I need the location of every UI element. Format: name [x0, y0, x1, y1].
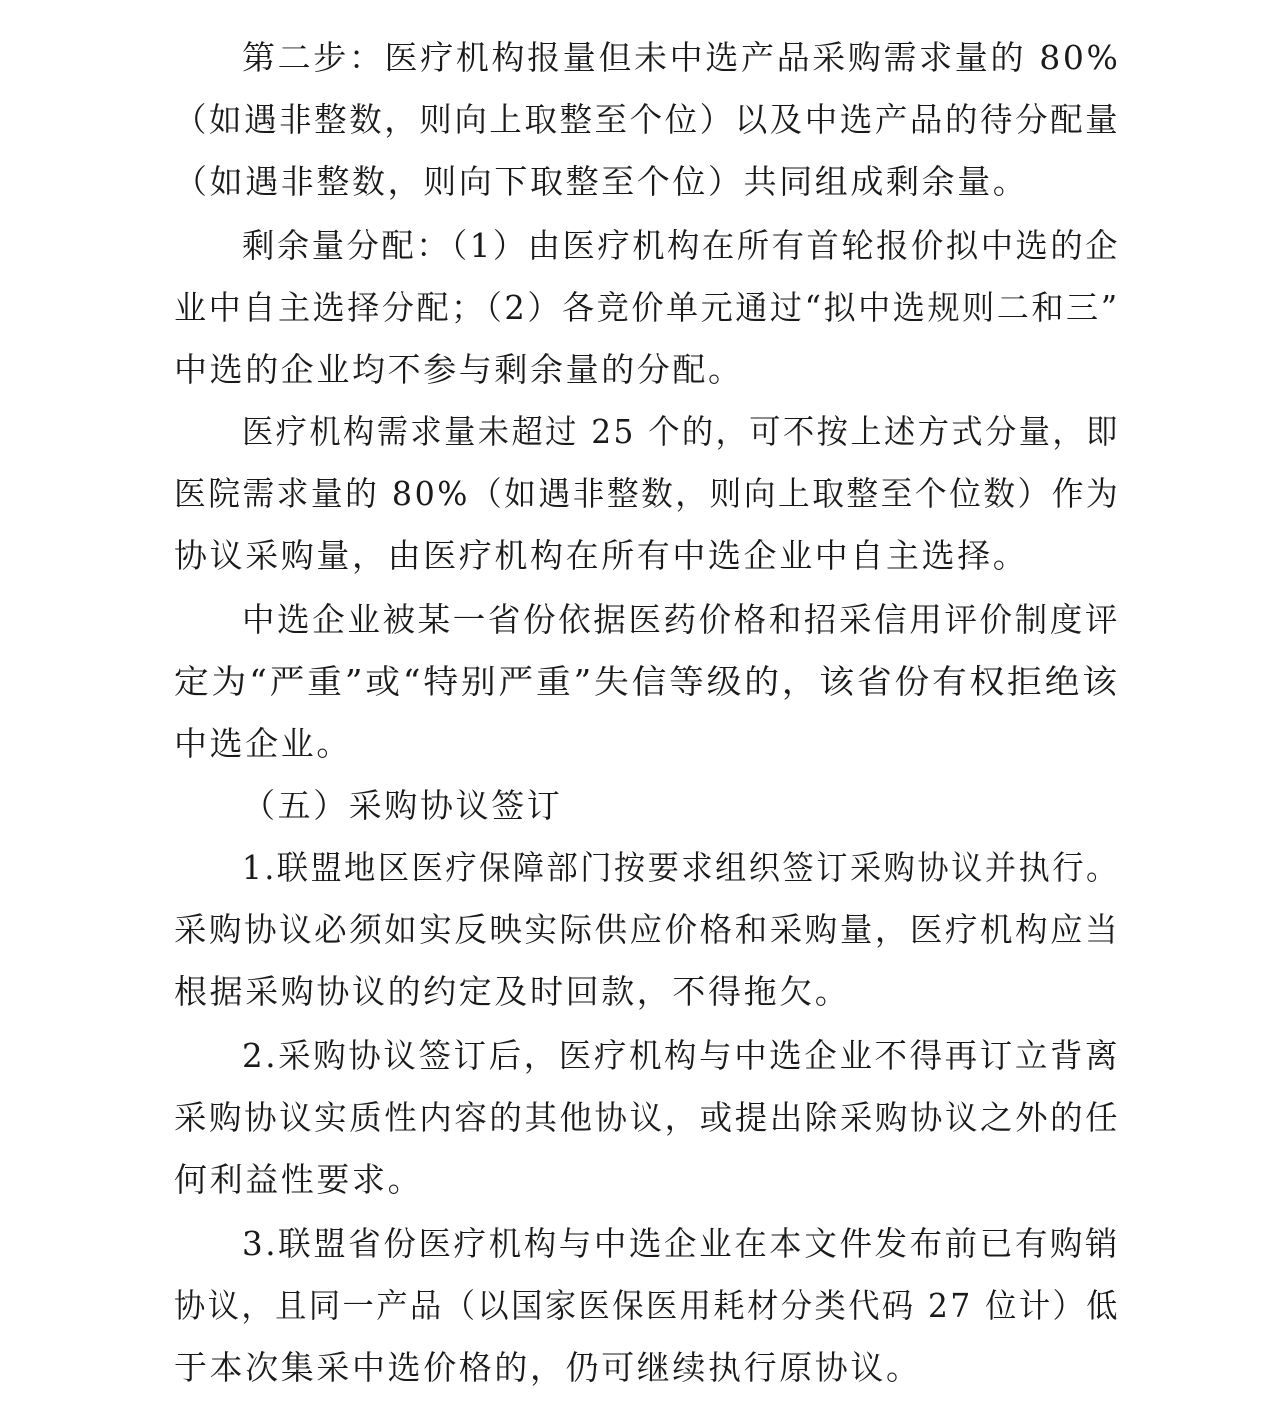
text-line: 根据采购协议的约定及时回款，不得拖欠。 — [174, 972, 850, 1012]
text-line: 采购协议必须如实反映实际供应价格和采购量，医疗机构应当 — [174, 910, 1120, 950]
text-line: 2.采购协议签订后，医疗机构与中选企业不得再订立背离 — [242, 1036, 1120, 1076]
text-line: 中选企业。 — [174, 724, 352, 764]
text-line: 于本次集采中选价格的，仍可继续执行原协议。 — [174, 1348, 922, 1388]
text-line: 3.联盟省份医疗机构与中选企业在本文件发布前已有购销 — [242, 1224, 1120, 1264]
text-line: 医院需求量的 80%（如遇非整数，则向上取整至个位数）作为 — [174, 474, 1120, 514]
text-line: 中选的企业均不参与剩余量的分配。 — [174, 350, 744, 390]
text-line: 第二步：医疗机构报量但未中选产品采购需求量的 80% — [242, 38, 1120, 78]
text-line: （如遇非整数，则向上取整至个位）以及中选产品的待分配量 — [174, 100, 1120, 140]
text-line: 剩余量分配：（1）由医疗机构在所有首轮报价拟中选的企 — [242, 226, 1120, 266]
text-line: 1.联盟地区医疗保障部门按要求组织签订采购协议并执行。 — [242, 848, 1120, 888]
text-line: 协议采购量，由医疗机构在所有中选企业中自主选择。 — [174, 536, 1028, 576]
text-line: 业中自主选择分配；（2）各竞价单元通过“拟中选规则二和三” — [174, 288, 1120, 328]
document-page: 第二步：医疗机构报量但未中选产品采购需求量的 80% （如遇非整数，则向上取整至… — [0, 0, 1280, 1411]
text-line: 协议，且同一产品（以国家医保医用耗材分类代码 27 位计）低 — [174, 1286, 1120, 1326]
text-line: 采购协议实质性内容的其他协议，或提出除采购协议之外的任 — [174, 1098, 1120, 1138]
text-line: 何利益性要求。 — [174, 1160, 423, 1200]
text-line: （如遇非整数，则向下取整至个位）共同组成剩余量。 — [174, 162, 1028, 202]
text-line: 定为“严重”或“特别严重”失信等级的，该省份有权拒绝该 — [174, 662, 1120, 702]
text-line: 医疗机构需求量未超过 25 个的，可不按上述方式分量，即 — [242, 412, 1120, 452]
text-line: 中选企业被某一省份依据医药价格和招采信用评价制度评 — [242, 600, 1120, 640]
heading-text: （五）采购协议签订 — [242, 786, 562, 826]
